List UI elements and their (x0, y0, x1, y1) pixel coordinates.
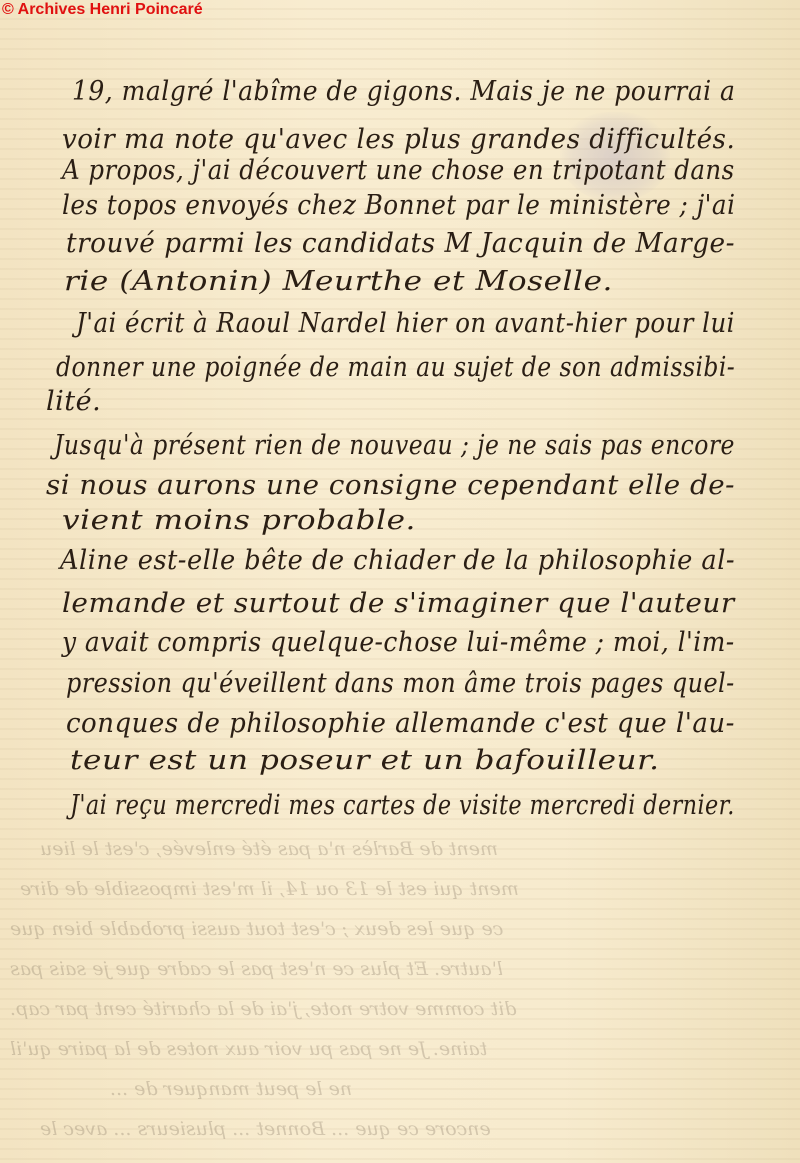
bleed-line: ment qui est le 13 ou 14, il m'est impos… (20, 878, 519, 900)
bleed-line: ne le peut manquer de ... (110, 1078, 352, 1100)
letter-line: Jusqu'à présent rien de nouveau ; je ne … (54, 430, 735, 461)
letter-line: donner une poignée de main au sujet de s… (56, 352, 735, 383)
letter-line: Aline est-elle bête de chiader de la phi… (60, 545, 735, 576)
letter-line: vient moins probable. (62, 505, 416, 536)
letter-line: rie (Antonin) Meurthe et Moselle. (64, 266, 613, 297)
letter-line: lemande et surtout de s'imaginer que l'a… (62, 588, 735, 619)
letter-line: pression qu'éveillent dans mon âme trois… (66, 668, 735, 699)
letter-line: A propos, j'ai découvert une chose en tr… (62, 155, 735, 186)
letter-line: 19, malgré l'abîme de gigons. Mais je ne… (72, 76, 735, 107)
letter-line: les topos envoyés chez Bonnet par le min… (62, 190, 735, 221)
bleed-line: l'autre. Et plus ce n'est pas le cadre q… (10, 958, 503, 980)
letter-line: y avait compris quelque-chose lui-même ;… (62, 627, 735, 658)
letter-line: conques de philosophie allemande c'est q… (66, 708, 735, 739)
bleed-line: dit comme votre note, j'ai de la charité… (10, 998, 516, 1020)
bleed-line: taine. Je ne pas pu voir aux notes de la… (10, 1038, 487, 1060)
letter-line: J'ai écrit à Raoul Nardel hier on avant-… (76, 308, 735, 339)
letter-line: si nous aurons une consigne cependant el… (46, 470, 735, 501)
letter-line: teur est un poseur et un bafouilleur. (70, 745, 660, 776)
letter-line: voir ma note qu'avec les plus grandes di… (62, 124, 735, 155)
bleed-line: ce que les deux ; c'est tout aussi proba… (10, 918, 503, 940)
letter-line: trouvé parmi les candidats M Jacquin de … (66, 228, 735, 259)
letter-line: lité. (46, 386, 101, 417)
letter-line: J'ai reçu mercredi mes cartes de visite … (70, 790, 735, 821)
copyright-watermark: © Archives Henri Poincaré (2, 1, 203, 19)
bleed-line: encore ce que ... Bonnet ... plusieurs .… (40, 1118, 491, 1140)
bleed-line: ment de Barlès n'a pas été enlevée, c'es… (40, 838, 498, 860)
